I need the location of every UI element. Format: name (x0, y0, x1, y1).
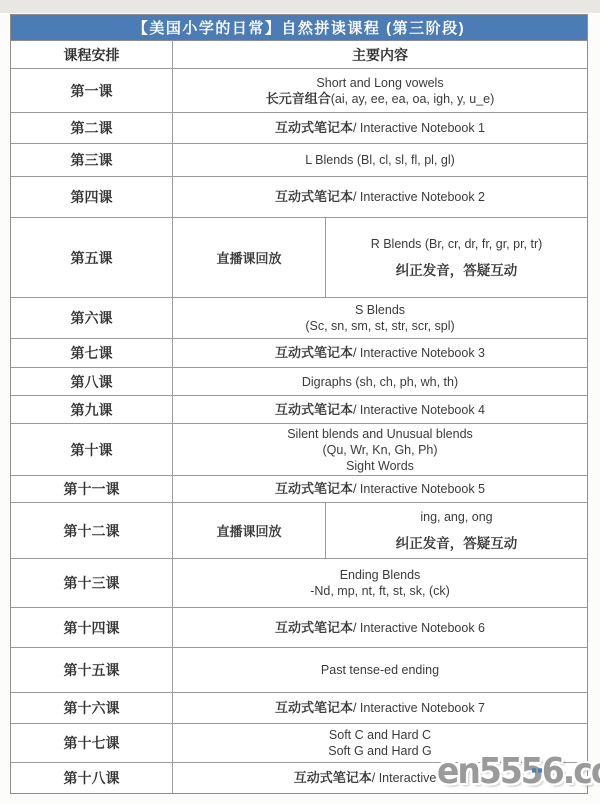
lesson-cell: 第七课 (11, 339, 173, 367)
content-cell: Ending Blends -Nd, mp, nt, ft, st, sk, (… (173, 559, 587, 607)
content-line: Silent blends and Unusual blends (287, 426, 473, 442)
lesson-cell: 第十一课 (11, 476, 173, 502)
content-line: Soft G and Hard G (328, 743, 432, 759)
content-line: (Qu, Wr, Kn, Gh, Ph) (322, 442, 437, 458)
content-line: 互动式笔记本/ Interactive Notebook 6 (275, 620, 485, 636)
live-replay-cell: 直播课回放 (173, 218, 326, 297)
table-row: 第四课 互动式笔记本/ Interactive Notebook 2 (11, 177, 587, 218)
lesson-cell: 第九课 (11, 396, 173, 423)
content-cell: L Blends (Bl, cl, sl, fl, pl, gl) (173, 144, 587, 176)
table-row: 第五课 直播课回放 R Blends (Br, cr, dr, fr, gr, … (11, 218, 587, 298)
column-header-schedule: 课程安排 (11, 41, 173, 68)
lesson-cell: 第十八课 (11, 763, 173, 793)
lesson-cell: 第八课 (11, 368, 173, 395)
lesson-cell: 第十二课 (11, 503, 173, 558)
content-cell: S Blends (Sc, sn, sm, st, str, scr, spl) (173, 298, 587, 338)
content-line: 长元音组合(ai, ay, ee, ea, oa, igh, y, u_e) (266, 91, 495, 107)
lesson-cell: 第十七课 (11, 724, 173, 762)
lesson-cell: 第十五课 (11, 648, 173, 692)
content-cell: 互动式笔记本/ Interactive Notebook 4 (173, 396, 587, 423)
content-line: 互动式笔记本/ Interactive Notebook 3 (275, 345, 485, 361)
lesson-cell: 第五课 (11, 218, 173, 297)
content-cell: 互动式笔记本/ Interactive Notebook 5 (173, 476, 587, 502)
content-line: ing, ang, ong (420, 509, 492, 525)
content-cell: 互动式笔记本/ Interactive Notebook 6 (173, 608, 587, 647)
content-line: 互动式笔记本/ Interactive Notebook 4 (275, 402, 485, 418)
column-header-content: 主要内容 (173, 41, 587, 68)
table-row: 第十五课 Past tense-ed ending (11, 648, 587, 693)
table-row: 第六课 S Blends (Sc, sn, sm, st, str, scr, … (11, 298, 587, 339)
page: 【美国小学的日常】自然拼读课程 (第三阶段) 课程安排 主要内容 第一课 Sho… (0, 0, 600, 804)
top-gray-band (0, 0, 600, 13)
content-cell: 互动式笔记本/ Interactive Notebook 7 (173, 693, 587, 723)
lesson-cell: 第三课 (11, 144, 173, 176)
table-header-row: 课程安排 主要内容 (11, 41, 587, 69)
table-row: 第三课 L Blends (Bl, cl, sl, fl, pl, gl) (11, 144, 587, 177)
lesson-cell: 第十课 (11, 424, 173, 475)
content-line: L Blends (Bl, cl, sl, fl, pl, gl) (305, 152, 455, 168)
content-cell: Past tense-ed ending (173, 648, 587, 692)
lesson-cell: 第一课 (11, 69, 173, 112)
content-cell: Silent blends and Unusual blends (Qu, Wr… (173, 424, 587, 475)
content-line: 互动式笔记本/ Interactive Notebook 1 (275, 120, 485, 136)
content-line: R Blends (Br, cr, dr, fr, gr, pr, tr) (371, 236, 543, 252)
content-cell: 互动式笔记本/ Interactive Notebook 1 (173, 113, 587, 143)
lesson-cell: 第十四课 (11, 608, 173, 647)
live-replay-cell: 直播课回放 (173, 503, 326, 558)
table-row: 第十二课 直播课回放 ing, ang, ong 纠正发音，答疑互动 (11, 503, 587, 559)
content-line: S Blends (355, 302, 405, 318)
table-title: 【美国小学的日常】自然拼读课程 (第三阶段) (11, 15, 587, 41)
content-line: Past tense-ed ending (321, 662, 439, 678)
table-row: 第十一课 互动式笔记本/ Interactive Notebook 5 (11, 476, 587, 503)
lesson-cell: 第十三课 (11, 559, 173, 607)
table-row: 第八课 Digraphs (sh, ch, ph, wh, th) (11, 368, 587, 396)
lesson-cell: 第二课 (11, 113, 173, 143)
content-cell: R Blends (Br, cr, dr, fr, gr, pr, tr) 纠正… (326, 218, 587, 297)
content-line: Ending Blends (340, 567, 421, 583)
table-row: 第七课 互动式笔记本/ Interactive Notebook 3 (11, 339, 587, 368)
watermark-accent-icon (532, 768, 546, 778)
content-line: Sight Words (346, 458, 414, 474)
lesson-cell: 第十六课 (11, 693, 173, 723)
table-row: 第九课 互动式笔记本/ Interactive Notebook 4 (11, 396, 587, 424)
content-cell: ing, ang, ong 纠正发音，答疑互动 (326, 503, 587, 558)
course-schedule-table: 【美国小学的日常】自然拼读课程 (第三阶段) 课程安排 主要内容 第一课 Sho… (10, 14, 588, 794)
content-line: 互动式笔记本/ Interactive Notebook 5 (275, 481, 485, 497)
lesson-cell: 第四课 (11, 177, 173, 217)
content-cell: Digraphs (sh, ch, ph, wh, th) (173, 368, 587, 395)
lesson-cell: 第六课 (11, 298, 173, 338)
content-line: (Sc, sn, sm, st, str, scr, spl) (305, 318, 454, 334)
content-line: 互动式笔记本/ Interactive Notebook 2 (275, 189, 485, 205)
site-watermark: en5556.com (437, 749, 600, 791)
table-row: 第一课 Short and Long vowels 长元音组合(ai, ay, … (11, 69, 587, 113)
content-line: Digraphs (sh, ch, ph, wh, th) (302, 374, 458, 390)
content-line: Short and Long vowels (316, 75, 443, 91)
content-cell: Short and Long vowels 长元音组合(ai, ay, ee, … (173, 69, 587, 112)
content-line-bold: 纠正发音，答疑互动 (396, 536, 518, 552)
content-line: -Nd, mp, nt, ft, st, sk, (ck) (310, 583, 450, 599)
table-row: 第二课 互动式笔记本/ Interactive Notebook 1 (11, 113, 587, 144)
table-row: 第十课 Silent blends and Unusual blends (Qu… (11, 424, 587, 476)
content-line: Soft C and Hard C (329, 727, 431, 743)
table-row: 第十四课 互动式笔记本/ Interactive Notebook 6 (11, 608, 587, 648)
content-line-bold: 纠正发音，答疑互动 (396, 263, 518, 279)
content-cell: 互动式笔记本/ Interactive Notebook 3 (173, 339, 587, 367)
table-row: 第十六课 互动式笔记本/ Interactive Notebook 7 (11, 693, 587, 724)
content-cell: 互动式笔记本/ Interactive Notebook 2 (173, 177, 587, 217)
table-row: 第十三课 Ending Blends -Nd, mp, nt, ft, st, … (11, 559, 587, 608)
content-line: 互动式笔记本/ Interactive Notebook 7 (275, 700, 485, 716)
